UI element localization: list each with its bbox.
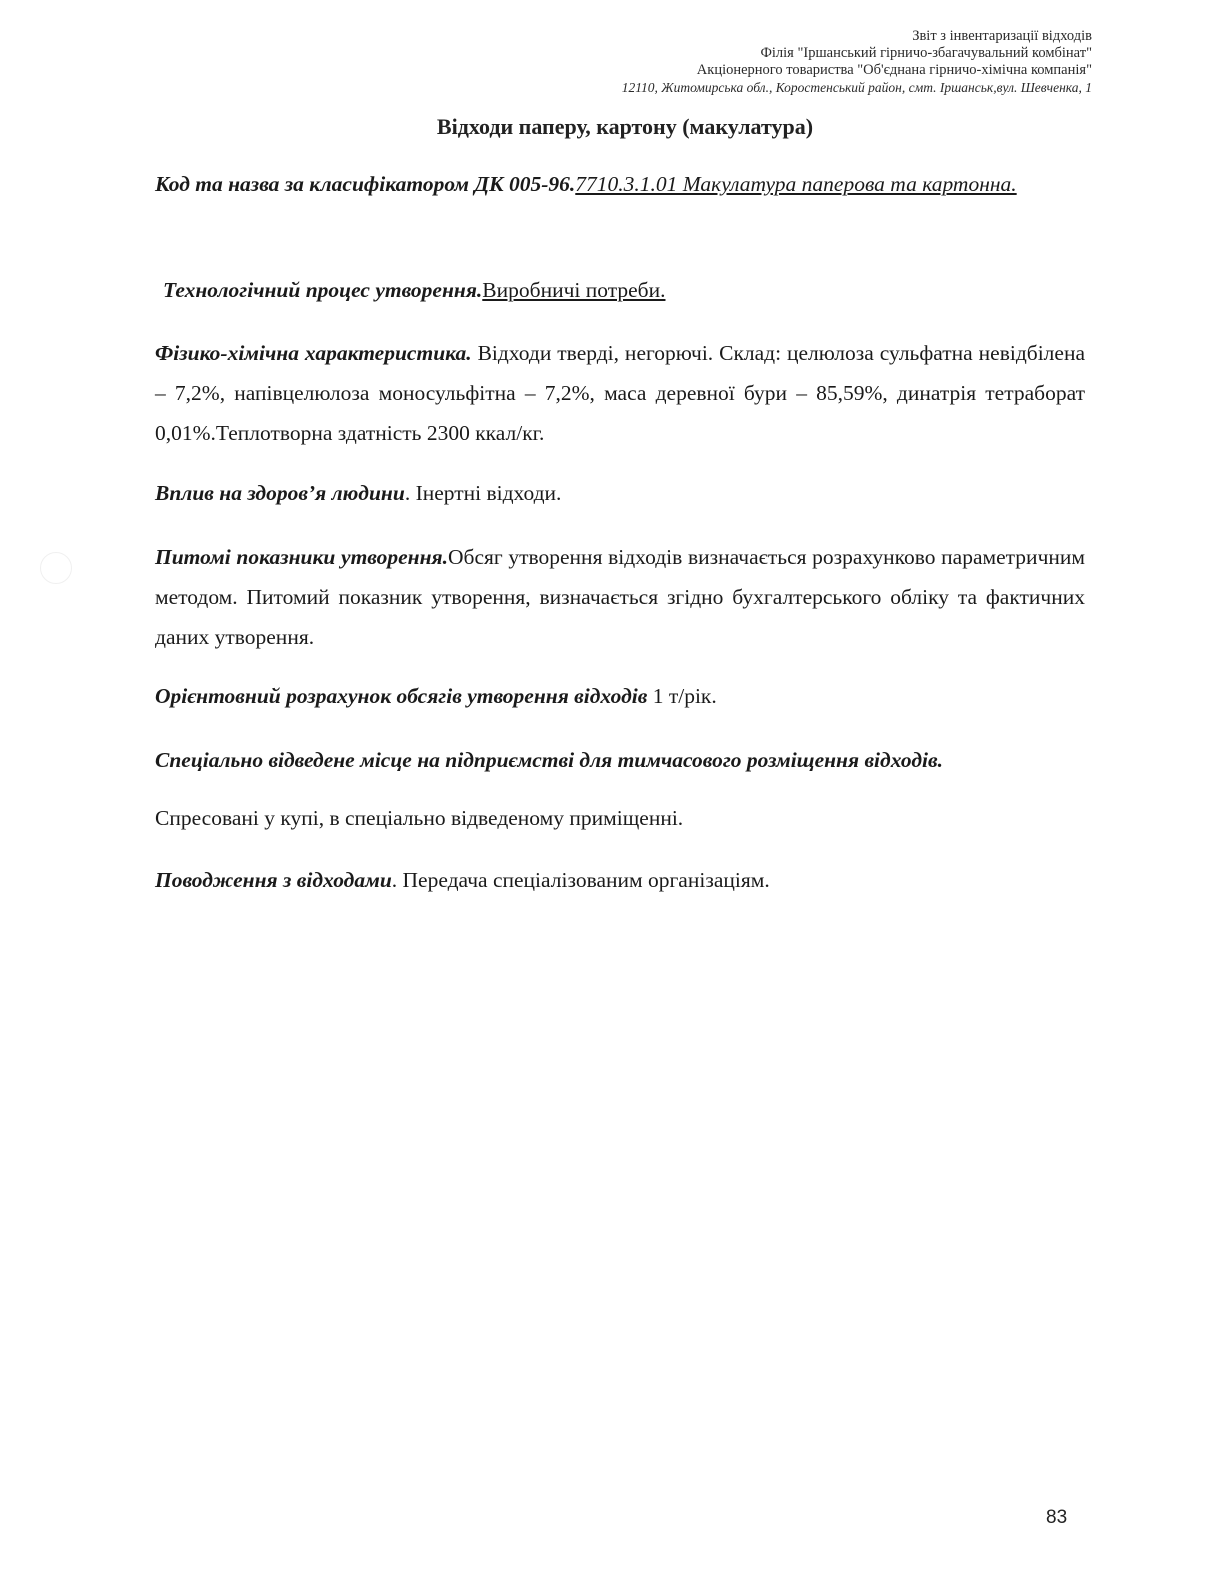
specific-label: Питомі показники утворення. — [155, 545, 448, 569]
header-report-title: Звіт з інвентаризації відходів — [622, 28, 1092, 45]
storage-value: Спресовані у купі, в спеціально відведен… — [155, 806, 683, 830]
punch-hole-mark — [40, 552, 72, 584]
health-label: Вплив на здоров’я людини — [155, 481, 405, 505]
report-header: Звіт з інвентаризації відходів Філія "Ір… — [622, 28, 1092, 96]
section-health: Вплив на здоров’я людини. Інертні відход… — [155, 473, 1085, 513]
section-estimate: Орієнтовний розрахунок обсягів утворення… — [155, 676, 1085, 716]
estimate-value: 1 т/рік. — [647, 684, 716, 708]
section-specific: Питомі показники утворення.Обсяг утворен… — [155, 537, 1085, 657]
handling-label: Поводження з відходами — [155, 868, 392, 892]
code-label: Код та назва за класифікатором ДК 005-96… — [155, 172, 575, 196]
code-value: 7710.3.1.01 Макулатура паперова та карто… — [575, 172, 1016, 196]
process-label: Технологічний процес утворення. — [163, 278, 482, 302]
page-number: 83 — [1046, 1507, 1067, 1529]
header-branch: Філія "Іршанський гірничо-збагачувальний… — [622, 45, 1092, 62]
estimate-label: Орієнтовний розрахунок обсягів утворення… — [155, 684, 647, 708]
handling-value: . Передача спеціалізованим організаціям. — [392, 868, 770, 892]
header-company: Акціонерного товариства "Об'єднана гірни… — [622, 62, 1092, 79]
health-value: . Інертні відходи. — [405, 481, 562, 505]
storage-label: Спеціально відведене місце на підприємст… — [155, 748, 943, 772]
section-storage: Спеціально відведене місце на підприємст… — [155, 740, 1085, 780]
process-value: Виробничі потреби. — [482, 278, 665, 302]
section-code: Код та назва за класифікатором ДК 005-96… — [155, 162, 1085, 206]
section-physchem: Фізико-хімічна характеристика. Відходи т… — [155, 333, 1085, 453]
page-title: Відходи паперу, картону (макулатура) — [0, 114, 1219, 140]
section-process: Технологічний процес утворення.Виробничі… — [163, 270, 1093, 310]
physchem-label: Фізико-хімічна характеристика. — [155, 341, 472, 365]
header-address: 12110, Житомирська обл., Коростенський р… — [622, 79, 1092, 96]
section-handling: Поводження з відходами. Передача спеціал… — [155, 860, 1085, 900]
section-storage-value: Спресовані у купі, в спеціально відведен… — [155, 798, 1085, 838]
